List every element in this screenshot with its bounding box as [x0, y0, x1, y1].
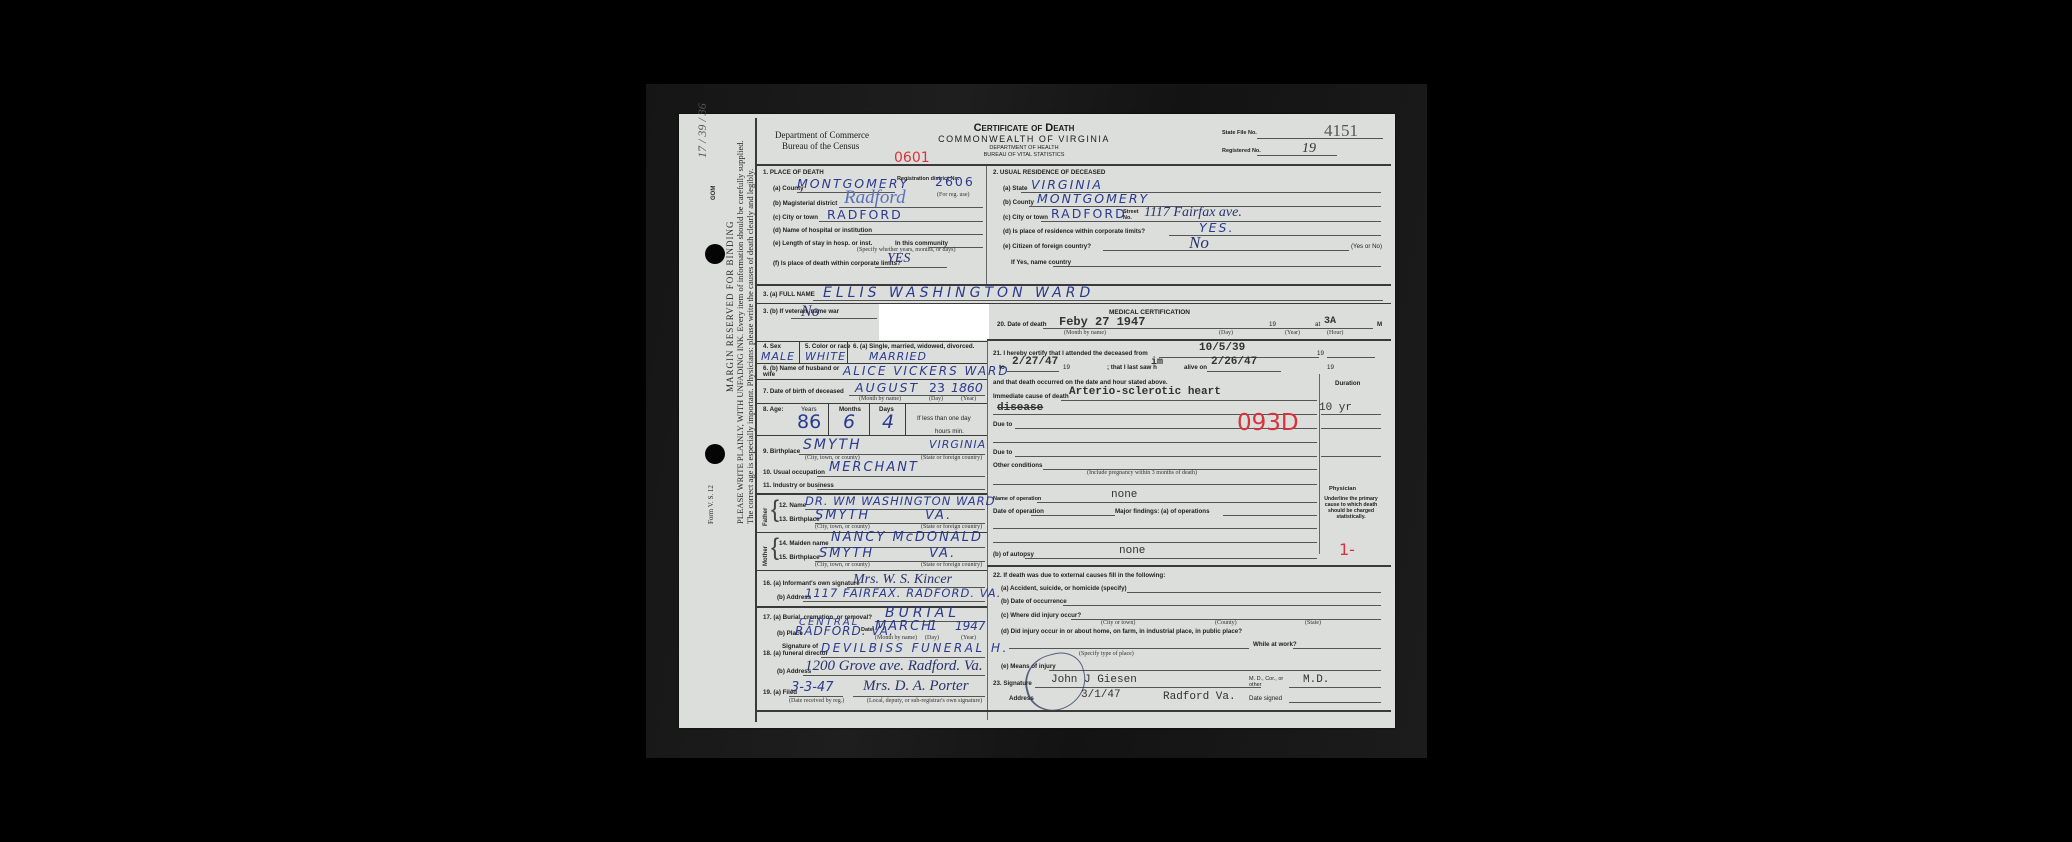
burial-year: 1947 [955, 619, 986, 633]
birthplace-label: 9. Birthplace [763, 448, 800, 455]
findings-label: Major findings: (a) of operations [1115, 508, 1210, 515]
registrar-sig-line [853, 696, 985, 697]
informant-address: 1117 FAIRFAX. RADFORD. VA. [805, 586, 1001, 600]
burial-month: MARCH [875, 619, 933, 634]
father-bp-label: 13. Birthplace [779, 516, 820, 523]
external-county-hint: (County) [1215, 620, 1237, 626]
external-d-label: (d) Did injury occur in or about home, o… [1001, 628, 1242, 635]
marital-label: 6. (a) Single, married, widowed, divorce… [853, 343, 974, 350]
cause-value-2: disease [997, 402, 1043, 414]
industry-label: 11. Industry or business [763, 482, 834, 489]
operation-line [1037, 502, 1317, 503]
physician-address-value: Radford Va. [1163, 691, 1236, 703]
registered-number: 19 [1302, 141, 1316, 157]
attended-to-line [1007, 371, 1059, 372]
mother-city-hint: (City, town, or county) [815, 562, 870, 568]
less-day-label: If less than one day [917, 415, 971, 422]
spouse-value: ALICE VICKERS WARD [843, 364, 1010, 378]
pod-corporate-line [875, 267, 947, 268]
full-name-value: ELLIS WASHINGTON WARD [823, 285, 1094, 301]
dod-value: Feby 27 1947 [1059, 315, 1145, 329]
certify-19: 19 [1317, 350, 1324, 357]
to-label: to [999, 364, 1005, 371]
pod-corporate-value: YES [887, 251, 910, 267]
external-d-line [1009, 648, 1249, 649]
md-value: M.D. [1303, 674, 1329, 686]
citizen-value: No [1189, 233, 1209, 253]
md-line [1289, 687, 1381, 688]
bureau-vital-stats: BUREAU OF VITAL STATISTICS [919, 152, 1129, 158]
hospital-label: (d) Name of hospital or institution [773, 227, 872, 234]
magisterial-value: Radford [844, 187, 906, 209]
occupation-label: 10. Usual occupation [763, 469, 825, 476]
birthplace-state: VIRGINIA [929, 438, 986, 451]
father-bp-city: SMYTH [815, 508, 870, 523]
res-state-value: VIRGINIA [1031, 177, 1103, 192]
dob-month-hint: (Month by name) [859, 396, 901, 402]
physician-red-mark: 1- [1339, 540, 1355, 559]
dob-day-hint: (Day) [929, 396, 943, 402]
citizen-line [1103, 250, 1349, 251]
res-county-label: (b) County [1003, 199, 1034, 206]
industry-line [817, 489, 985, 490]
mother-brace-icon: { [771, 534, 779, 562]
physician-box-text: Underline the primary cause to which dea… [1323, 496, 1379, 520]
reg-district-label: Registration district No. [897, 176, 933, 182]
duration-line-3 [1321, 456, 1381, 457]
res-county-value: MONTGOMERY [1037, 191, 1149, 206]
dept-health: DEPARTMENT OF HEALTH [919, 145, 1129, 151]
duration-line-2 [1321, 428, 1381, 429]
autopsy-line [1025, 558, 1317, 559]
row-rule [757, 403, 987, 404]
informant-address-line [803, 601, 985, 602]
mother-state-hint: (State or foreign country) [921, 562, 982, 568]
age-months-value: 6 [843, 411, 857, 433]
registrar-hint: (Local, deputy, or sub-registrar's own s… [867, 698, 982, 704]
death-certificate: 17 / 39 / 36 GOM Form V. S. 12 MARGIN RE… [679, 114, 1395, 728]
certify-year-line [1327, 357, 1375, 358]
op-date-label: Date of operation [993, 508, 1044, 515]
res-state-label: (a) State [1003, 185, 1027, 192]
at-work-label: While at work? [1253, 641, 1297, 648]
external-a-line [1127, 592, 1381, 593]
burial-day: 1 [929, 619, 939, 634]
age-label: 8. Age: [763, 406, 783, 413]
findings-line [1223, 515, 1317, 516]
dob-year-hint: (Year) [961, 396, 976, 402]
state-file-line [1257, 138, 1383, 139]
him-value: im [1151, 357, 1163, 368]
file-fraction: 17 / 39 / 36 [695, 103, 710, 158]
date-signed-line [1289, 702, 1381, 703]
father-brace-icon: { [771, 496, 779, 524]
last-saw-line [1207, 371, 1281, 372]
bureau-census: Bureau of the Census [782, 141, 859, 151]
stay-label: (e) Length of stay in hosp. or inst. [773, 240, 872, 247]
external-b-label: (b) Date of occurrence [1001, 598, 1067, 605]
alive-on-label: alive on [1184, 364, 1207, 371]
state-file-number: 4151 [1324, 121, 1358, 141]
header-rule [757, 164, 1391, 166]
means-injury-line [1049, 670, 1381, 671]
date-signed-value: 3/1/47 [1081, 689, 1121, 701]
physician-signature-scrawl [1019, 647, 1092, 717]
mother-bp-state: VA. [929, 546, 956, 561]
other-conditions-hint: (Include pregnancy within 3 months of de… [1087, 470, 1197, 476]
row-rule [757, 341, 987, 342]
form-number: Form V. S. 12 [707, 485, 715, 524]
cause-line-1 [1061, 400, 1317, 401]
dod-at: at [1315, 321, 1320, 328]
citizen-label: (e) Citizen of foreign country? [1003, 243, 1091, 250]
dod-day-hint: (Day) [1219, 330, 1233, 336]
funeral-address-line [803, 675, 985, 676]
operation-label: Name of operation [993, 496, 1041, 502]
dob-label: 7. Date of birth of deceased [763, 388, 844, 395]
age-years-value: 86 [797, 411, 821, 433]
filed-hint: (Date received by reg.) [789, 698, 844, 704]
due-to-line-2 [1015, 456, 1317, 457]
operation-value: none [1111, 489, 1137, 501]
commonwealth-title: COMMONWEALTH OF VIRGINIA [904, 134, 1144, 144]
spouse-label: 6. (b) Name of husband or wife [763, 366, 843, 378]
col-rule [869, 403, 870, 435]
col-rule [847, 341, 848, 363]
external-city-hint: (City or town) [1101, 620, 1135, 626]
findings-line-2 [993, 528, 1317, 529]
reg-use-hint: (For reg. use) [937, 192, 970, 198]
reg-district-value: 2606 [935, 174, 975, 189]
cause-code-red: 093D [1237, 410, 1299, 436]
magisterial-label: (b) Magisterial district [773, 200, 837, 207]
external-c-label: (c) Where did injury occur? [1001, 612, 1081, 619]
row-rule [757, 570, 987, 571]
hours-min-label: hours min. [935, 428, 964, 435]
place-type-hint: (Specify type of place) [1079, 651, 1134, 657]
op-date-line [1031, 515, 1115, 516]
hospital-line [859, 234, 983, 235]
street-value: 1117 Fairfax ave. [1144, 205, 1242, 221]
dob-year: 1860 [951, 380, 983, 395]
occupation-line [817, 476, 985, 477]
date-signed-label: Date signed [1249, 695, 1282, 702]
autopsy-value: none [1119, 545, 1145, 557]
occupation-value: MERCHANT [829, 460, 919, 475]
dept-commerce: Department of Commerce [775, 130, 869, 140]
margin-divider [755, 118, 757, 722]
age-days-value: 4 [882, 411, 896, 433]
mother-bp-city: SMYTH [819, 546, 874, 561]
gom-code: GOM [711, 186, 717, 200]
father-tag: Father [763, 508, 769, 526]
pod-city-label: (c) City or town [773, 214, 818, 221]
section-rule-2 [757, 303, 1391, 304]
due-to-label-2: Due to [993, 449, 1012, 456]
funeral-sig-label-2: 18. (a) funeral director [763, 650, 828, 657]
physician-box-title: Physician [1329, 486, 1356, 492]
binding-margin-note: MARGIN RESERVED FOR BINDING [725, 220, 735, 392]
last-saw-value: 2/26/47 [1211, 356, 1257, 368]
other-conditions-label: Other conditions [993, 462, 1043, 469]
country-label: If Yes, name country [1011, 259, 1071, 266]
race-value: WHITE [805, 350, 846, 363]
attended-to-value: 2/27/47 [1012, 356, 1058, 368]
row-rule [757, 435, 987, 436]
findings-line-3 [993, 542, 1317, 543]
funeral-sig-label-1: Signature of [782, 643, 818, 650]
residence-heading: 2. USUAL RESIDENCE OF DECEASED [993, 169, 1105, 176]
pod-city-value: RADFORD [827, 207, 903, 222]
due-to-label-1: Due to [993, 421, 1012, 428]
veteran-value: No [801, 303, 820, 321]
duration-label: Duration [1335, 380, 1360, 387]
street-label: Street No. [1123, 209, 1137, 221]
to-19: 19 [1063, 364, 1070, 371]
binding-hole-top [705, 244, 725, 264]
external-state-hint: (State) [1305, 620, 1321, 626]
registered-line [1257, 155, 1337, 156]
mother-tag: Mother [763, 546, 769, 566]
state-file-label: State File No. [1222, 130, 1257, 136]
external-a-label: (a) Accident, suicide, or homicide (spec… [1001, 585, 1127, 592]
father-name-value: DR. WM WASHINGTON WARD [805, 494, 995, 508]
duration-value: 10 yr [1319, 402, 1352, 414]
father-name-label: 12. Name [779, 502, 806, 509]
marital-value: MARRIED [869, 350, 927, 363]
cause-label: Immediate cause of death [993, 393, 1069, 400]
external-heading: 22. If death was due to external causes … [993, 572, 1165, 579]
registered-label: Registered No. [1222, 148, 1261, 154]
redaction-block [879, 304, 989, 340]
funeral-director-value: DEVILBISS FUNERAL H. [821, 641, 1009, 655]
duration-line-1 [1321, 414, 1381, 415]
last-saw-19: 19 [1327, 364, 1334, 371]
place-of-death-heading: 1. PLACE OF DEATH [763, 169, 824, 176]
dod-month-hint: (Month by name) [1064, 330, 1106, 336]
center-divider [987, 320, 988, 720]
bottom-rule [757, 710, 1391, 712]
col-rule [799, 341, 800, 363]
dod-label: 20. Date of death [997, 321, 1047, 328]
occurred-label: and that death occurred on the date and … [993, 379, 1168, 386]
res-city-value: RADFORD [1051, 206, 1127, 221]
filed-date-value: 3-3-47 [791, 680, 833, 695]
dod-m: M [1377, 321, 1382, 328]
col-rule [905, 403, 906, 435]
top-divider [986, 166, 987, 284]
funeral-address-value: 1200 Grove ave. Radford. Va. [805, 658, 983, 675]
binding-hole-bottom [705, 444, 725, 464]
duration-divider [1319, 374, 1320, 554]
cause-value-1: Arterio-sclerotic heart [1069, 386, 1221, 398]
at-work-line [1293, 648, 1381, 649]
last-saw-label: ; that I last saw h [1107, 364, 1157, 371]
certificate-title: Certificate of Death [919, 122, 1129, 134]
external-b-line [1063, 605, 1381, 606]
col-rule [828, 403, 829, 435]
attended-from-value: 10/5/39 [1199, 342, 1245, 354]
birthplace-state-hint: (State or foreign country) [921, 455, 982, 461]
yes-no-hint: (Yes or No) [1351, 243, 1382, 250]
community-label: In this community [895, 240, 948, 247]
pod-corporate-label: (f) Is place of death within corporate l… [773, 260, 901, 267]
instructions-line-1: PLEASE WRITE PLAINLY, WITH UNFADING INK.… [735, 140, 745, 524]
burial-date-label: Date [861, 627, 873, 633]
physician-address-label: Address [1009, 695, 1034, 702]
mother-name-value: NANCY McDONALD [831, 530, 983, 545]
dob-month: AUGUST [855, 380, 919, 395]
birthplace-city: SMYTH [803, 437, 862, 453]
sex-label: 4. Sex [763, 343, 781, 350]
dob-day: 23 [929, 380, 945, 395]
dod-hour-hint: (Hour) [1327, 330, 1343, 336]
due-to-line-1b [993, 442, 1317, 443]
dod-hour: 3A [1324, 316, 1336, 327]
section-rule-med [987, 565, 1391, 567]
full-name-label: 3. (a) FULL NAME [763, 291, 815, 298]
registrar-signature: Mrs. D. A. Porter [863, 678, 969, 695]
country-line [1053, 266, 1381, 267]
race-label: 5. Color or race [805, 343, 850, 350]
md-label: M. D., Cor., or other [1249, 676, 1289, 688]
dod-year-hint: (Year) [1285, 330, 1300, 336]
filed-line [789, 696, 843, 697]
res-corporate-label: (d) Is place of residence within corpora… [1003, 228, 1145, 235]
sex-value: MALE [761, 350, 795, 363]
other-line-2 [993, 484, 1317, 485]
dod-19: 19 [1269, 321, 1276, 328]
section-rule-3 [987, 339, 1391, 341]
autopsy-label: (b) of autopsy [993, 551, 1034, 558]
father-bp-state: VA. [925, 508, 952, 523]
res-city-label: (c) City or town [1003, 214, 1048, 221]
instructions-line-2: The correct age is especially important.… [745, 169, 755, 524]
mother-bp-label: 15. Birthplace [779, 554, 820, 561]
